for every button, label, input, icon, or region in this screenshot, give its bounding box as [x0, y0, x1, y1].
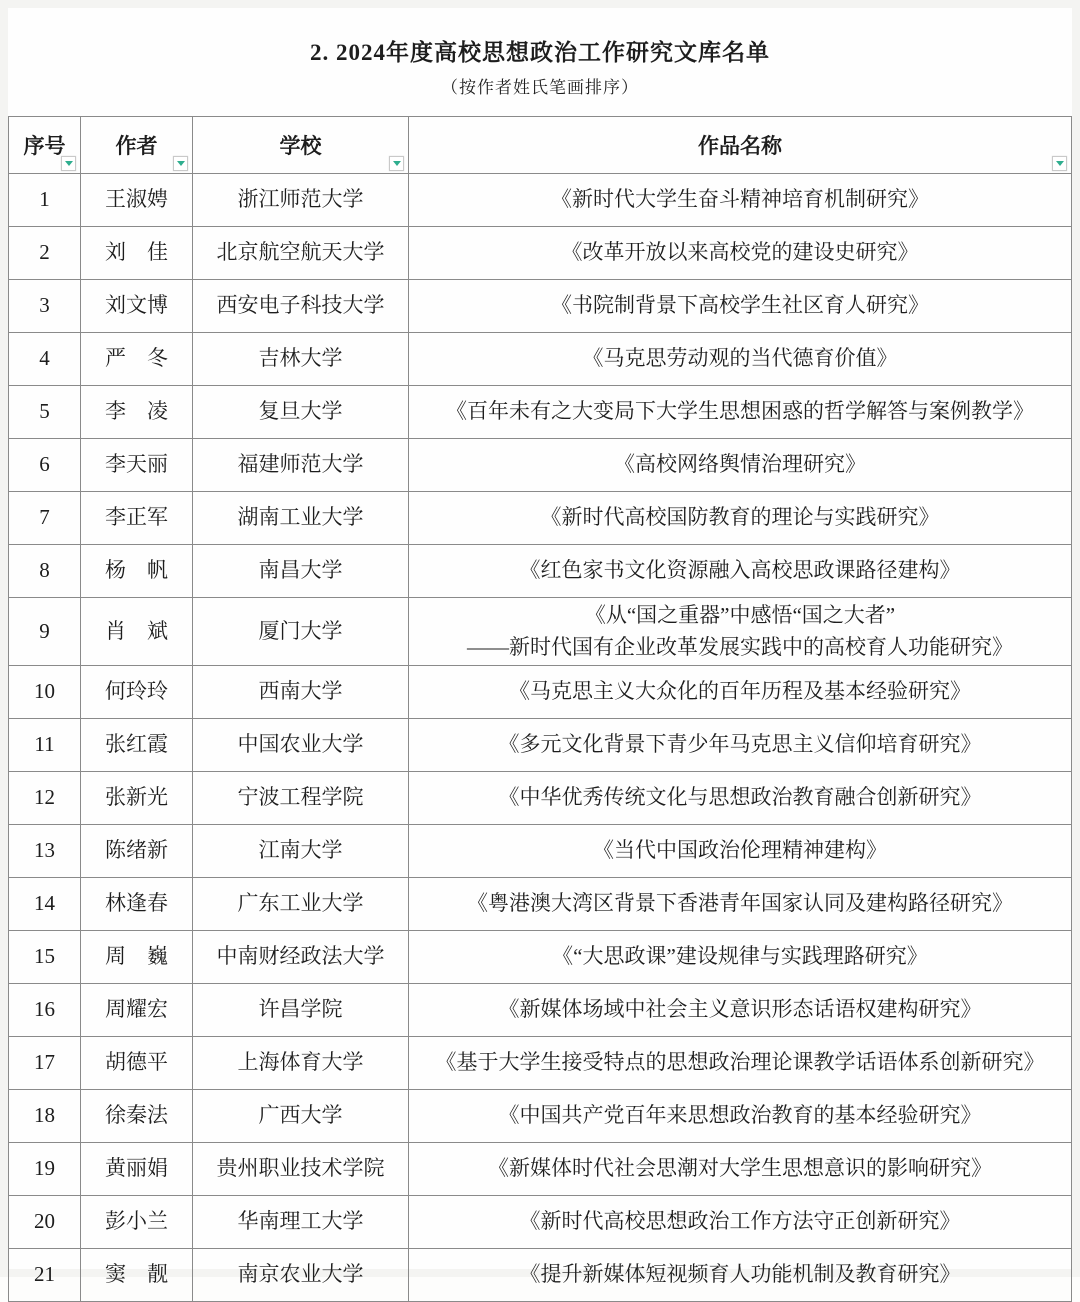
- cell-work: 《“大思政课”建设规律与实践理路研究》: [409, 931, 1072, 984]
- cell-work: 《新媒体场域中社会主义意识形态话语权建构研究》: [409, 984, 1072, 1037]
- header-no-label: 序号: [24, 134, 66, 158]
- cell-no: 19: [9, 1143, 81, 1196]
- page-subtitle: （按作者姓氏笔画排序）: [8, 73, 1072, 98]
- header-row: 序号 作者 学校 作品名称: [9, 117, 1072, 174]
- table-row: 2 刘 佳 北京航空航天大学 《改革开放以来高校党的建设史研究》: [9, 227, 1072, 280]
- cell-school: 湖南工业大学: [193, 492, 409, 545]
- cell-no: 11: [9, 719, 81, 772]
- cell-no: 6: [9, 439, 81, 492]
- cell-work: 《新时代高校思想政治工作方法守正创新研究》: [409, 1196, 1072, 1249]
- cell-no: 14: [9, 878, 81, 931]
- header-school: 学校: [193, 117, 409, 174]
- triangle-down-icon: [177, 161, 185, 166]
- cell-school: 复旦大学: [193, 386, 409, 439]
- header-school-label: 学校: [280, 134, 322, 158]
- cell-work: 《从“国之重器”中感悟“国之大者” ——新时代国有企业改革发展实践中的高校育人功…: [409, 598, 1072, 666]
- table-row: 4 严 冬 吉林大学 《马克思劳动观的当代德育价值》: [9, 333, 1072, 386]
- triangle-down-icon: [65, 161, 73, 166]
- table-row: 13 陈绪新 江南大学 《当代中国政治伦理精神建构》: [9, 825, 1072, 878]
- cell-work: 《马克思主义大众化的百年历程及基本经验研究》: [409, 666, 1072, 719]
- cell-author: 刘 佳: [81, 227, 193, 280]
- cell-work: 《改革开放以来高校党的建设史研究》: [409, 227, 1072, 280]
- table-row: 5 李 凌 复旦大学 《百年未有之大变局下大学生思想困惑的哲学解答与案例教学》: [9, 386, 1072, 439]
- cell-author: 严 冬: [81, 333, 193, 386]
- cell-school: 南京农业大学: [193, 1249, 409, 1278]
- cell-author: 杨 帆: [81, 545, 193, 598]
- table-row: 18 徐秦法 广西大学 《中国共产党百年来思想政治教育的基本经验研究》: [9, 1090, 1072, 1143]
- cell-author: 张新光: [81, 772, 193, 825]
- filter-dropdown-button[interactable]: [173, 156, 188, 171]
- cell-work: 《书院制背景下高校学生社区育人研究》: [409, 280, 1072, 333]
- cell-no: 2: [9, 227, 81, 280]
- cell-school: 西安电子科技大学: [193, 280, 409, 333]
- cell-author: 李正军: [81, 492, 193, 545]
- cell-no: 20: [9, 1196, 81, 1249]
- cell-no: 4: [9, 333, 81, 386]
- cell-no: 13: [9, 825, 81, 878]
- cell-school: 福建师范大学: [193, 439, 409, 492]
- header-work-label: 作品名称: [698, 134, 782, 158]
- cell-author: 肖 斌: [81, 598, 193, 666]
- table-row: 21 窦 靓 南京农业大学 《提升新媒体短视频育人功能机制及教育研究》: [9, 1249, 1072, 1278]
- cell-school: 许昌学院: [193, 984, 409, 1037]
- table-row: 3 刘文博 西安电子科技大学 《书院制背景下高校学生社区育人研究》: [9, 280, 1072, 333]
- table-row: 9 肖 斌 厦门大学 《从“国之重器”中感悟“国之大者” ——新时代国有企业改革…: [9, 598, 1072, 666]
- cell-work: 《提升新媒体短视频育人功能机制及教育研究》: [409, 1249, 1072, 1278]
- cell-work: 《中国共产党百年来思想政治教育的基本经验研究》: [409, 1090, 1072, 1143]
- header-author: 作者: [81, 117, 193, 174]
- cell-school: 广东工业大学: [193, 878, 409, 931]
- cell-no: 15: [9, 931, 81, 984]
- cell-work: 《新时代高校国防教育的理论与实践研究》: [409, 492, 1072, 545]
- cell-no: 10: [9, 666, 81, 719]
- page-title: 2. 2024年度高校思想政治工作研究文库名单: [8, 34, 1072, 67]
- cell-school: 北京航空航天大学: [193, 227, 409, 280]
- cell-work: 《当代中国政治伦理精神建构》: [409, 825, 1072, 878]
- cell-work: 《中华优秀传统文化与思想政治教育融合创新研究》: [409, 772, 1072, 825]
- cell-author: 李 凌: [81, 386, 193, 439]
- document-page: 2. 2024年度高校思想政治工作研究文库名单 （按作者姓氏笔画排序） 序号 作…: [0, 0, 1080, 1277]
- cell-no: 21: [9, 1249, 81, 1278]
- cell-no: 3: [9, 280, 81, 333]
- cell-work: 《多元文化背景下青少年马克思主义信仰培育研究》: [409, 719, 1072, 772]
- cell-school: 江南大学: [193, 825, 409, 878]
- table-row: 12 张新光 宁波工程学院 《中华优秀传统文化与思想政治教育融合创新研究》: [9, 772, 1072, 825]
- cell-author: 胡德平: [81, 1037, 193, 1090]
- cell-school: 宁波工程学院: [193, 772, 409, 825]
- table-row: 7 李正军 湖南工业大学 《新时代高校国防教育的理论与实践研究》: [9, 492, 1072, 545]
- cell-school: 西南大学: [193, 666, 409, 719]
- cell-author: 徐秦法: [81, 1090, 193, 1143]
- table-row: 15 周 巍 中南财经政法大学 《“大思政课”建设规律与实践理路研究》: [9, 931, 1072, 984]
- cell-author: 何玲玲: [81, 666, 193, 719]
- cell-no: 7: [9, 492, 81, 545]
- header-author-label: 作者: [116, 134, 158, 158]
- filter-dropdown-button[interactable]: [61, 156, 76, 171]
- table-row: 1 王淑娉 浙江师范大学 《新时代大学生奋斗精神培育机制研究》: [9, 174, 1072, 227]
- table-row: 10 何玲玲 西南大学 《马克思主义大众化的百年历程及基本经验研究》: [9, 666, 1072, 719]
- header-work: 作品名称: [409, 117, 1072, 174]
- cell-author: 王淑娉: [81, 174, 193, 227]
- cell-school: 华南理工大学: [193, 1196, 409, 1249]
- cell-school: 厦门大学: [193, 598, 409, 666]
- cell-school: 吉林大学: [193, 333, 409, 386]
- cell-work: 《百年未有之大变局下大学生思想困惑的哲学解答与案例教学》: [409, 386, 1072, 439]
- cell-no: 5: [9, 386, 81, 439]
- cell-school: 广西大学: [193, 1090, 409, 1143]
- cell-no: 16: [9, 984, 81, 1037]
- cell-author: 窦 靓: [81, 1249, 193, 1278]
- cell-no: 12: [9, 772, 81, 825]
- cell-school: 贵州职业技术学院: [193, 1143, 409, 1196]
- header-no: 序号: [9, 117, 81, 174]
- cell-work: 《新时代大学生奋斗精神培育机制研究》: [409, 174, 1072, 227]
- cell-author: 周耀宏: [81, 984, 193, 1037]
- cell-school: 上海体育大学: [193, 1037, 409, 1090]
- table-row: 16 周耀宏 许昌学院 《新媒体场域中社会主义意识形态话语权建构研究》: [9, 984, 1072, 1037]
- cell-author: 周 巍: [81, 931, 193, 984]
- table-row: 19 黄丽娟 贵州职业技术学院 《新媒体时代社会思潮对大学生思想意识的影响研究》: [9, 1143, 1072, 1196]
- cell-author: 李天丽: [81, 439, 193, 492]
- cell-work: 《高校网络舆情治理研究》: [409, 439, 1072, 492]
- cell-school: 浙江师范大学: [193, 174, 409, 227]
- cell-work: 《粤港澳大湾区背景下香港青年国家认同及建构路径研究》: [409, 878, 1072, 931]
- triangle-down-icon: [1056, 161, 1064, 166]
- table-row: 6 李天丽 福建师范大学 《高校网络舆情治理研究》: [9, 439, 1072, 492]
- cell-author: 陈绪新: [81, 825, 193, 878]
- cell-author: 张红霞: [81, 719, 193, 772]
- cell-work: 《基于大学生接受特点的思想政治理论课教学话语体系创新研究》: [409, 1037, 1072, 1090]
- cell-author: 林逢春: [81, 878, 193, 931]
- table-body: 1 王淑娉 浙江师范大学 《新时代大学生奋斗精神培育机制研究》 2 刘 佳 北京…: [9, 174, 1072, 1278]
- triangle-down-icon: [393, 161, 401, 166]
- cell-work: 《红色家书文化资源融入高校思政课路径建构》: [409, 545, 1072, 598]
- cell-no: 1: [9, 174, 81, 227]
- cell-no: 18: [9, 1090, 81, 1143]
- table-row: 14 林逢春 广东工业大学 《粤港澳大湾区背景下香港青年国家认同及建构路径研究》: [9, 878, 1072, 931]
- filter-dropdown-button[interactable]: [1052, 156, 1067, 171]
- cell-school: 中国农业大学: [193, 719, 409, 772]
- cell-author: 彭小兰: [81, 1196, 193, 1249]
- cell-no: 9: [9, 598, 81, 666]
- table-row: 8 杨 帆 南昌大学 《红色家书文化资源融入高校思政课路径建构》: [9, 545, 1072, 598]
- filter-dropdown-button[interactable]: [389, 156, 404, 171]
- cell-work: 《马克思劳动观的当代德育价值》: [409, 333, 1072, 386]
- table-row: 11 张红霞 中国农业大学 《多元文化背景下青少年马克思主义信仰培育研究》: [9, 719, 1072, 772]
- cell-no: 8: [9, 545, 81, 598]
- cell-no: 17: [9, 1037, 81, 1090]
- works-table: 序号 作者 学校 作品名称 1 王淑娉 浙江师范大学 《新时: [8, 116, 1072, 1277]
- cell-author: 刘文博: [81, 280, 193, 333]
- cell-work: 《新媒体时代社会思潮对大学生思想意识的影响研究》: [409, 1143, 1072, 1196]
- table-row: 20 彭小兰 华南理工大学 《新时代高校思想政治工作方法守正创新研究》: [9, 1196, 1072, 1249]
- cell-school: 中南财经政法大学: [193, 931, 409, 984]
- cell-school: 南昌大学: [193, 545, 409, 598]
- cell-author: 黄丽娟: [81, 1143, 193, 1196]
- table-row: 17 胡德平 上海体育大学 《基于大学生接受特点的思想政治理论课教学话语体系创新…: [9, 1037, 1072, 1090]
